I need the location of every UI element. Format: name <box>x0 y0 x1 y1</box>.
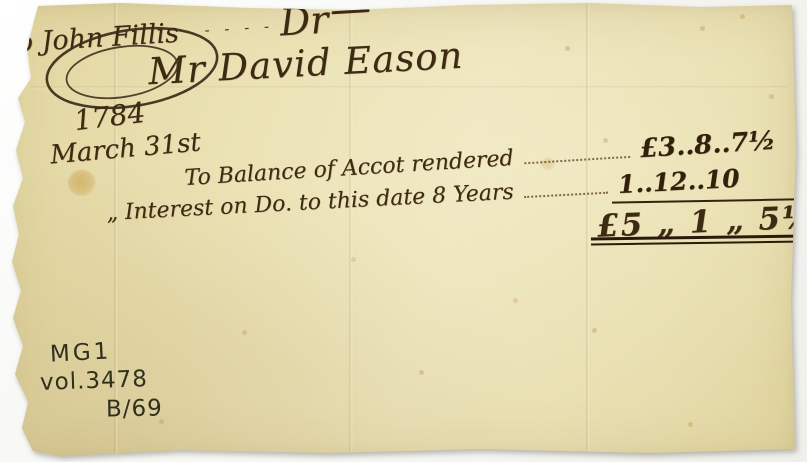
date-text: March 31st <box>49 127 202 170</box>
leader-dots <box>524 156 631 165</box>
receipt-paper: Mr David Eason 1784 To John Fillis - - -… <box>0 0 807 462</box>
fold-crease-right <box>586 0 590 462</box>
archival-volume: vol.3478 <box>40 366 149 396</box>
scan-background: Mr David Eason 1784 To John Fillis - - -… <box>0 0 807 462</box>
paper-shadow-wrap: Mr David Eason 1784 To John Fillis - - -… <box>0 0 807 462</box>
debtor-flourish <box>332 9 370 14</box>
total-double-underline <box>591 235 801 246</box>
foxing-spots <box>0 0 3 3</box>
item-amount: 1..12..10 <box>617 163 754 199</box>
underline-bottom <box>591 241 795 246</box>
item-description: „ Interest on Do. to this date 8 Years <box>106 180 514 226</box>
ink-stain <box>68 170 96 196</box>
archival-item: B/69 <box>106 396 163 423</box>
leader-dots <box>524 192 609 198</box>
item-amount: £3..8..7½ <box>639 126 776 164</box>
archival-fonds: MG1 <box>49 338 112 367</box>
year-text: 1784 <box>72 96 147 137</box>
leader-dashes: - - - - - <box>184 17 274 40</box>
debtor-abbreviation: Dr <box>279 5 329 38</box>
archival-marks: MG1 vol.3478 B/69 <box>38 336 218 436</box>
